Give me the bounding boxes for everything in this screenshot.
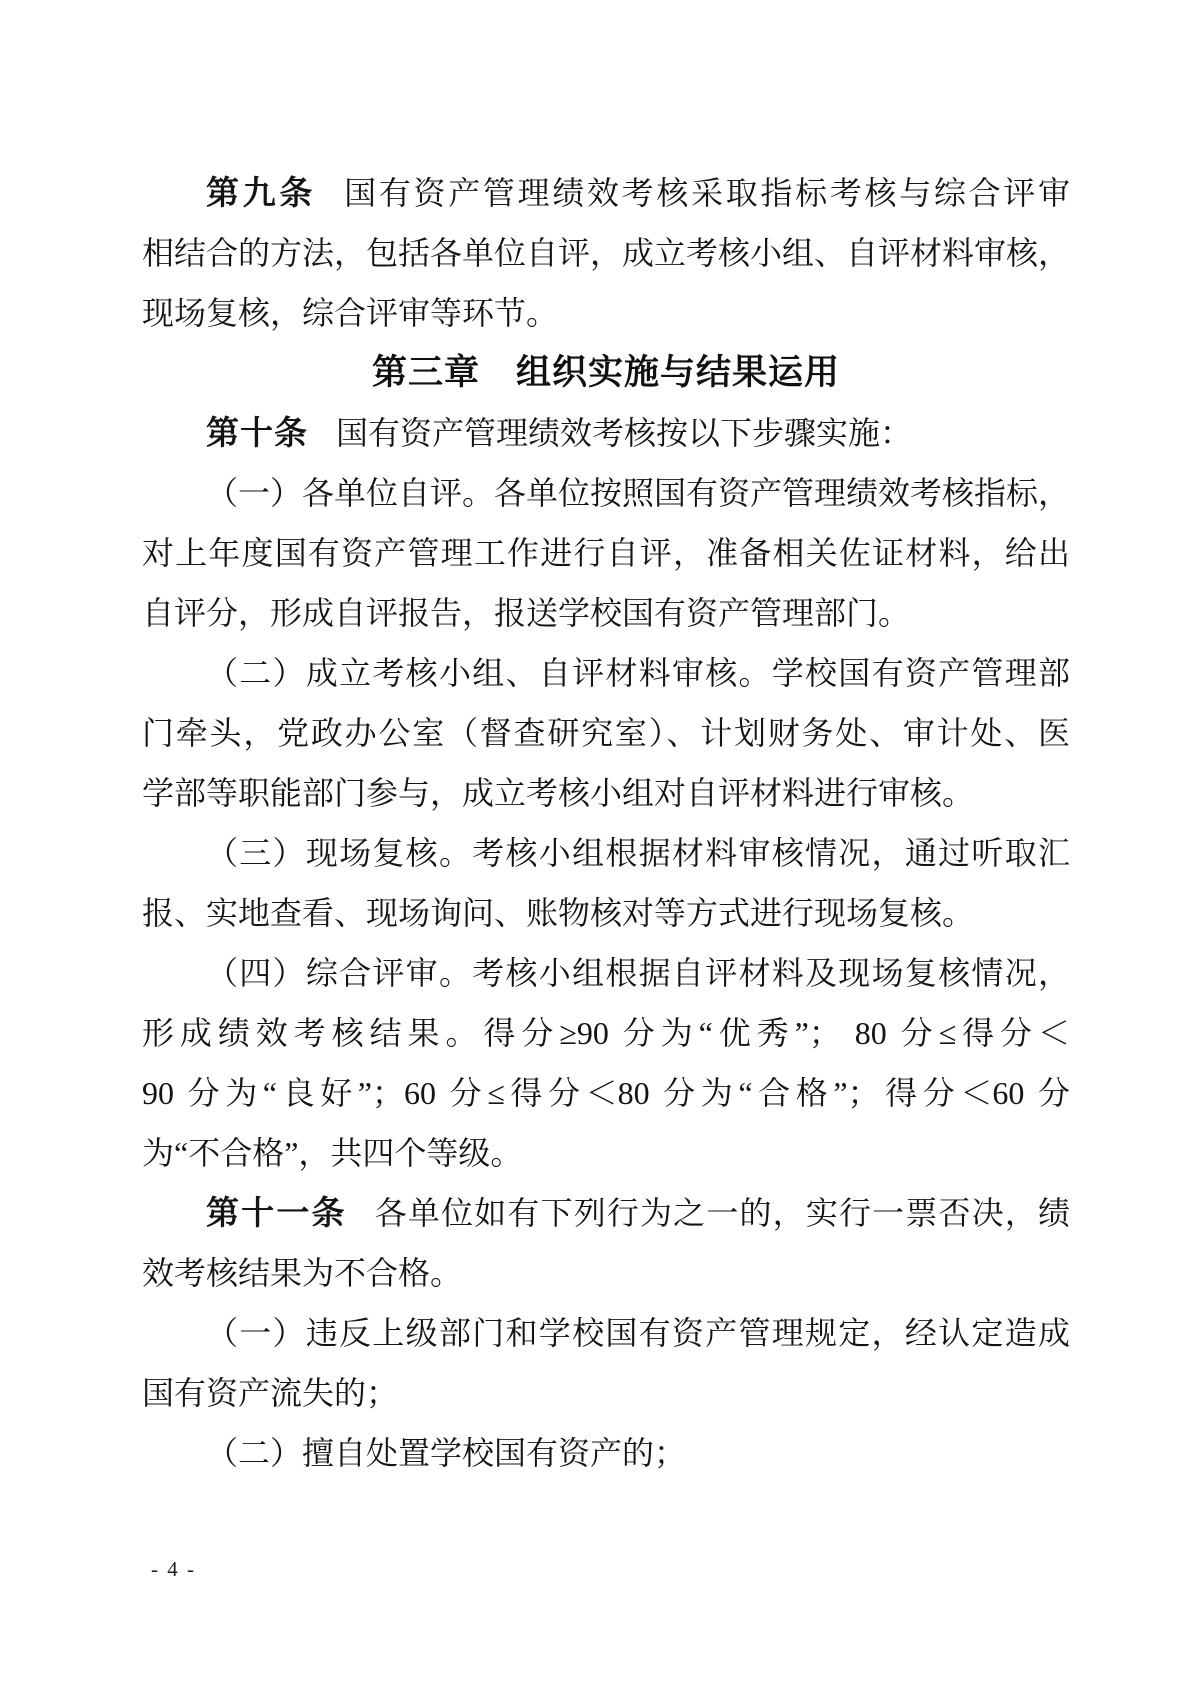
line-text: 学部等职能部门参与，成立考核小组对自评材料进行审核。 (142, 775, 974, 811)
text-line: 对上年度国有资产管理工作进行自评，准备相关佐证材料，给出 (142, 523, 1070, 583)
line-text: （一）各单位自评。各单位按照国有资产管理绩效考核指标， (206, 475, 1070, 511)
chapter-heading: 第三章 组织实施与结果运用 (142, 343, 1070, 403)
text-line: 现场复核，综合评审等环节。 (142, 283, 1070, 343)
list-item-paragraph: （二）成立考核小组、自评材料审核。学校国有资产管理部门牵头，党政办公室（督查研究… (142, 643, 1070, 823)
text-line: 第十条国有资产管理绩效考核按以下步骤实施： (142, 403, 1070, 463)
line-text: 现场复核，综合评审等环节。 (142, 295, 558, 331)
line-text: 国有资产流失的； (142, 1375, 398, 1411)
text-line: 国有资产流失的； (142, 1363, 1070, 1423)
line-text: 国有资产管理绩效考核按以下步骤实施： (336, 415, 912, 451)
line-text: 国有资产管理绩效考核采取指标考核与综合评审 (344, 175, 1070, 211)
text-line: 学部等职能部门参与，成立考核小组对自评材料进行审核。 (142, 763, 1070, 823)
text-line: （四）综合评审。考核小组根据自评材料及现场复核情况， (142, 943, 1070, 1003)
list-item-paragraph: （四）综合评审。考核小组根据自评材料及现场复核情况，形成绩效考核结果。得分≥90… (142, 943, 1070, 1183)
text-line: 门牵头，党政办公室（督查研究室）、计划财务处、审计处、医 (142, 703, 1070, 763)
text-line: 第九条国有资产管理绩效考核采取指标考核与综合评审 (142, 163, 1070, 223)
text-line: （二）擅自处置学校国有资产的； (142, 1423, 1070, 1483)
line-text: 效考核结果为不合格。 (142, 1255, 462, 1291)
page-number: - 4 - (151, 1556, 196, 1582)
text-line: 形成绩效考核结果。得分≥90 分为“优秀”； 80 分≤得分＜ (142, 1003, 1070, 1063)
document-page: 第九条国有资产管理绩效考核采取指标考核与综合评审相结合的方法，包括各单位自评，成… (0, 0, 1191, 1684)
article-paragraph: 第十条国有资产管理绩效考核按以下步骤实施： (142, 403, 1070, 463)
text-line: （一）违反上级部门和学校国有资产管理规定，经认定造成 (142, 1303, 1070, 1363)
list-item-paragraph: （一）违反上级部门和学校国有资产管理规定，经认定造成国有资产流失的； (142, 1303, 1070, 1423)
line-text: 报、实地查看、现场询问、账物核对等方式进行现场复核。 (142, 895, 974, 931)
article-paragraph: 第十一条各单位如有下列行为之一的，实行一票否决，绩效考核结果为不合格。 (142, 1183, 1070, 1303)
line-text: （二）成立考核小组、自评材料审核。学校国有资产管理部 (206, 655, 1070, 691)
line-text: 门牵头，党政办公室（督查研究室）、计划财务处、审计处、医 (142, 715, 1070, 751)
line-text: 为“不合格”，共四个等级。 (142, 1135, 522, 1171)
line-text: （四）综合评审。考核小组根据自评材料及现场复核情况， (206, 955, 1070, 991)
article-paragraph: 第九条国有资产管理绩效考核采取指标考核与综合评审相结合的方法，包括各单位自评，成… (142, 163, 1070, 343)
text-line: 为“不合格”，共四个等级。 (142, 1123, 1070, 1183)
article-number-lead: 第九条 (206, 174, 316, 211)
line-text: 相结合的方法，包括各单位自评，成立考核小组、自评材料审核， (142, 235, 1070, 271)
line-text: 对上年度国有资产管理工作进行自评，准备相关佐证材料，给出 (142, 535, 1070, 571)
line-text: 各单位如有下列行为之一的，实行一票否决，绩 (375, 1195, 1070, 1231)
line-text: 90 分为“良好”；60 分≤得分＜80 分为“合格”；得分＜60 分 (142, 1075, 1070, 1111)
document-body: 第九条国有资产管理绩效考核采取指标考核与综合评审相结合的方法，包括各单位自评，成… (142, 163, 1070, 1483)
text-line: 90 分为“良好”；60 分≤得分＜80 分为“合格”；得分＜60 分 (142, 1063, 1070, 1123)
text-line: （二）成立考核小组、自评材料审核。学校国有资产管理部 (142, 643, 1070, 703)
text-line: 效考核结果为不合格。 (142, 1243, 1070, 1303)
list-item-paragraph: （二）擅自处置学校国有资产的； (142, 1423, 1070, 1483)
text-line: 报、实地查看、现场询问、账物核对等方式进行现场复核。 (142, 883, 1070, 943)
text-line: 相结合的方法，包括各单位自评，成立考核小组、自评材料审核， (142, 223, 1070, 283)
line-text: 自评分，形成自评报告，报送学校国有资产管理部门。 (142, 595, 910, 631)
line-text: 形成绩效考核结果。得分≥90 分为“优秀”； 80 分≤得分＜ (142, 1015, 1070, 1051)
article-number-lead: 第十一条 (206, 1194, 347, 1231)
line-text: （二）擅自处置学校国有资产的； (206, 1435, 686, 1471)
list-item-paragraph: （一）各单位自评。各单位按照国有资产管理绩效考核指标，对上年度国有资产管理工作进… (142, 463, 1070, 643)
list-item-paragraph: （三）现场复核。考核小组根据材料审核情况，通过听取汇报、实地查看、现场询问、账物… (142, 823, 1070, 943)
text-line: 第十一条各单位如有下列行为之一的，实行一票否决，绩 (142, 1183, 1070, 1243)
text-line: （三）现场复核。考核小组根据材料审核情况，通过听取汇 (142, 823, 1070, 883)
text-line: （一）各单位自评。各单位按照国有资产管理绩效考核指标， (142, 463, 1070, 523)
text-line: 自评分，形成自评报告，报送学校国有资产管理部门。 (142, 583, 1070, 643)
line-text: （三）现场复核。考核小组根据材料审核情况，通过听取汇 (206, 835, 1070, 871)
article-number-lead: 第十条 (206, 414, 308, 451)
line-text: （一）违反上级部门和学校国有资产管理规定，经认定造成 (206, 1315, 1070, 1351)
